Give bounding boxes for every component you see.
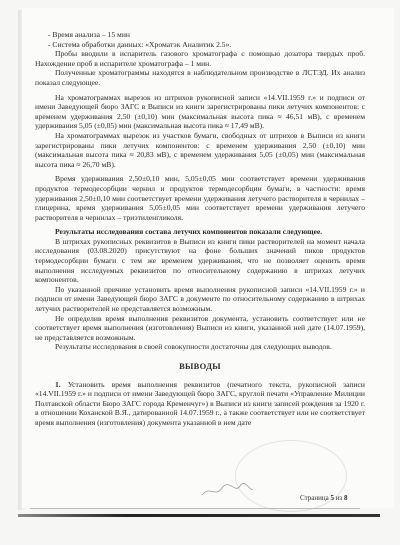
page-footer: Страница 5 из 8 — [300, 494, 347, 502]
paragraph-not-possible-1: По указанной причине установить время вы… — [35, 285, 365, 314]
conclusion-1-text: Установить время выполнения реквизитов (… — [35, 380, 365, 427]
page-bottom-rule — [30, 508, 360, 509]
paragraph-paper-peaks: На хроматограммах вырезок из участков бу… — [35, 131, 365, 169]
page-label: Страница — [300, 494, 329, 502]
document-body: - Время анализа – 15 мин - Система обраб… — [35, 30, 365, 428]
paragraph-sufficient: Результаты исследования в своей совокупн… — [35, 342, 365, 352]
paragraph-not-possible-2: Не определив время выполнения реквизитов… — [35, 314, 365, 343]
conclusions-title: ВЫВОДЫ — [35, 362, 365, 372]
conclusion-1-number: 1. — [55, 380, 61, 389]
paragraph-chromatograms: Полученные хроматограммы находятся в наб… — [35, 68, 365, 87]
scan-bottom-edge — [18, 514, 380, 517]
paragraph-solvent-peaks: В штрихах рукописных реквизитов в Выписи… — [35, 237, 365, 285]
page-total: 8 — [344, 494, 348, 502]
paragraph-results-heading: Результаты исследования состава летучих … — [35, 227, 365, 237]
signature-icon — [200, 480, 255, 500]
page-of: из — [336, 494, 343, 502]
paragraph-sample-injection: Пробы вводили в испаритель газового хром… — [35, 49, 365, 68]
paragraph-retention-times: Время удерживания 2,50±0,10 мин, 5,05±0,… — [35, 174, 365, 222]
page-current: 5 — [330, 494, 334, 502]
paragraph-stroke-peaks: На хроматограммах вырезок из штрихов рук… — [35, 93, 365, 131]
intro-line-analysis-time: - Время анализа – 15 мин — [35, 30, 365, 40]
conclusion-1: 1. Установить время выполнения реквизито… — [35, 380, 365, 428]
intro-line-data-system: - Система обработки данных: «Хроматэк Ан… — [35, 40, 365, 50]
